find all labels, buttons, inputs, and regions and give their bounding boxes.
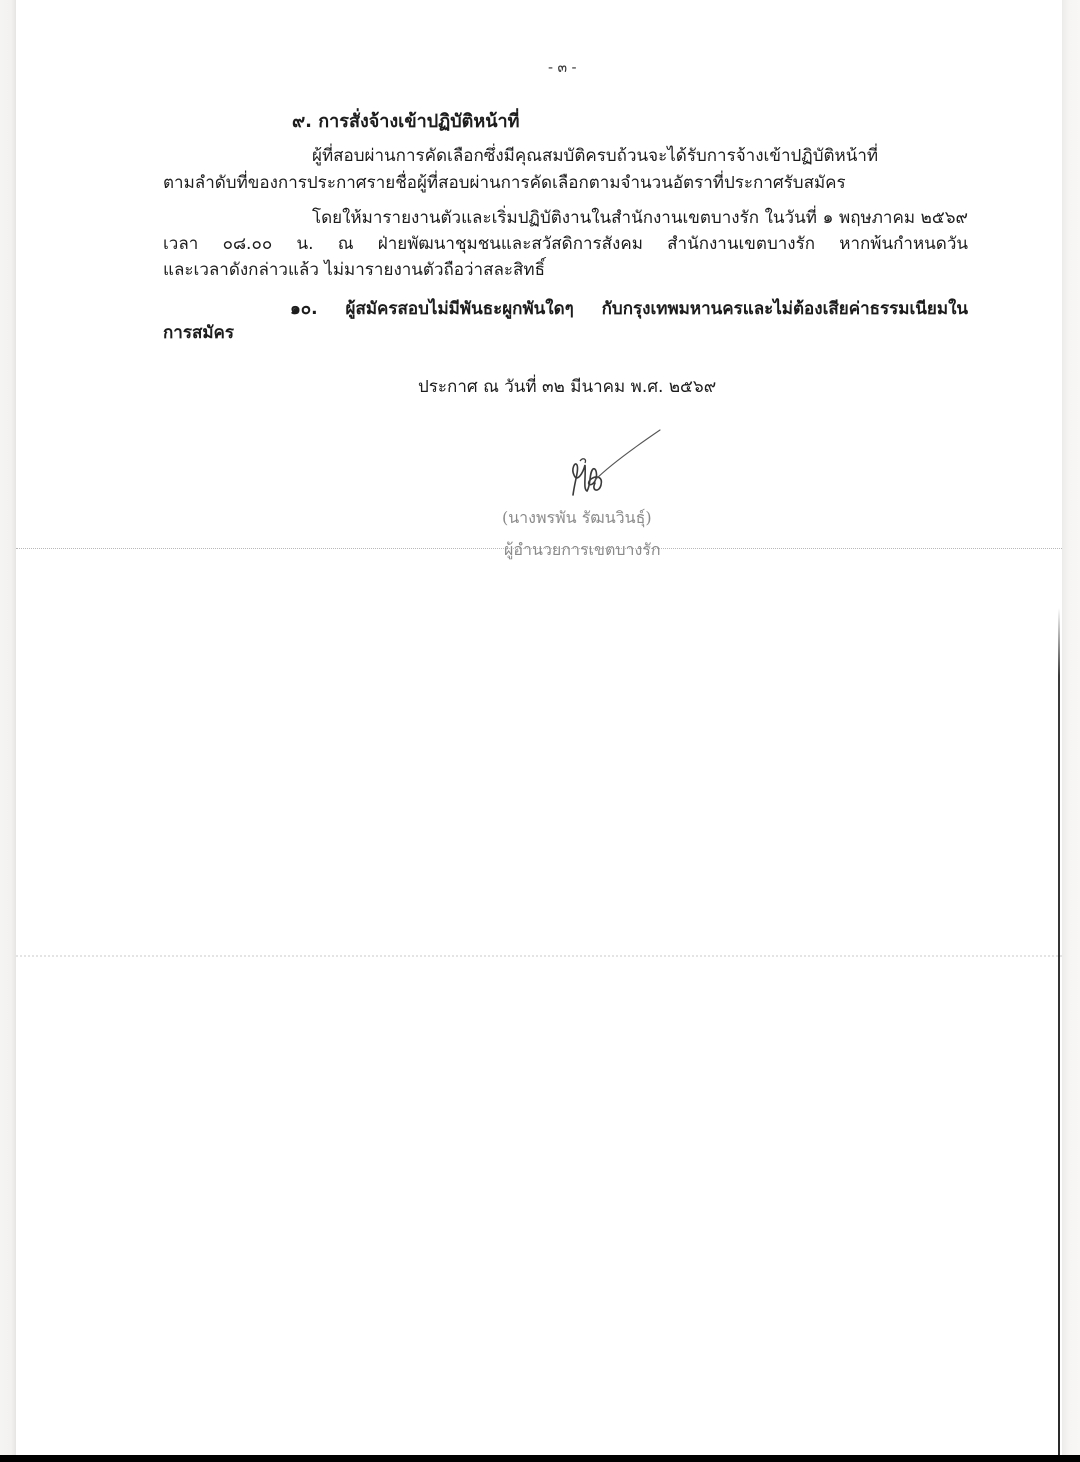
signature-icon [565, 425, 675, 500]
announcement-date: ประกาศ ณ วันที่ ๓๒ มีนาคม พ.ศ. ๒๕๖๙ [418, 376, 716, 398]
page-edge-line [1058, 608, 1060, 1458]
section-10-heading: ๑๐. ผู้สมัครสอบไม่มีพันธะผูกพันใดๆ กับกร… [290, 298, 968, 320]
section-9-paragraph-2-line-2: เวลา ๐๘.๐๐ น. ณ ฝ่ายพัฒนาชุมชนและสวัสดิก… [163, 233, 968, 255]
signer-title: ผู้อำนวยการเขตบางรัก [504, 539, 661, 561]
section-9-paragraph-1-line-1: ผู้ที่สอบผ่านการคัดเลือกซึ่งมีคุณสมบัติค… [312, 145, 968, 167]
left-margin-shadow [0, 0, 16, 1462]
section-9-heading: ๙. การสั่งจ้างเข้าปฏิบัติหน้าที่ [292, 111, 520, 133]
section-10-heading-continued: การสมัคร [163, 322, 234, 344]
bottom-bar [0, 1455, 1080, 1462]
section-9-paragraph-2-line-1: โดยให้มารายงานตัวและเริ่มปฏิบัติงานในสำน… [312, 207, 968, 229]
right-margin-shadow [1062, 0, 1080, 1462]
signer-name: (นางพรพัน รัฒนวินธุ์) [502, 507, 652, 529]
page-number: - ๓ - [548, 57, 577, 79]
section-9-paragraph-2-line-3: และเวลาดังกล่าวแล้ว ไม่มารายงานตัวถือว่า… [163, 259, 545, 281]
section-9-paragraph-1-line-2: ตามลำดับที่ของการประกาศรายชื่อผู้ที่สอบผ… [163, 172, 846, 194]
scan-artifact-line [16, 955, 1062, 957]
